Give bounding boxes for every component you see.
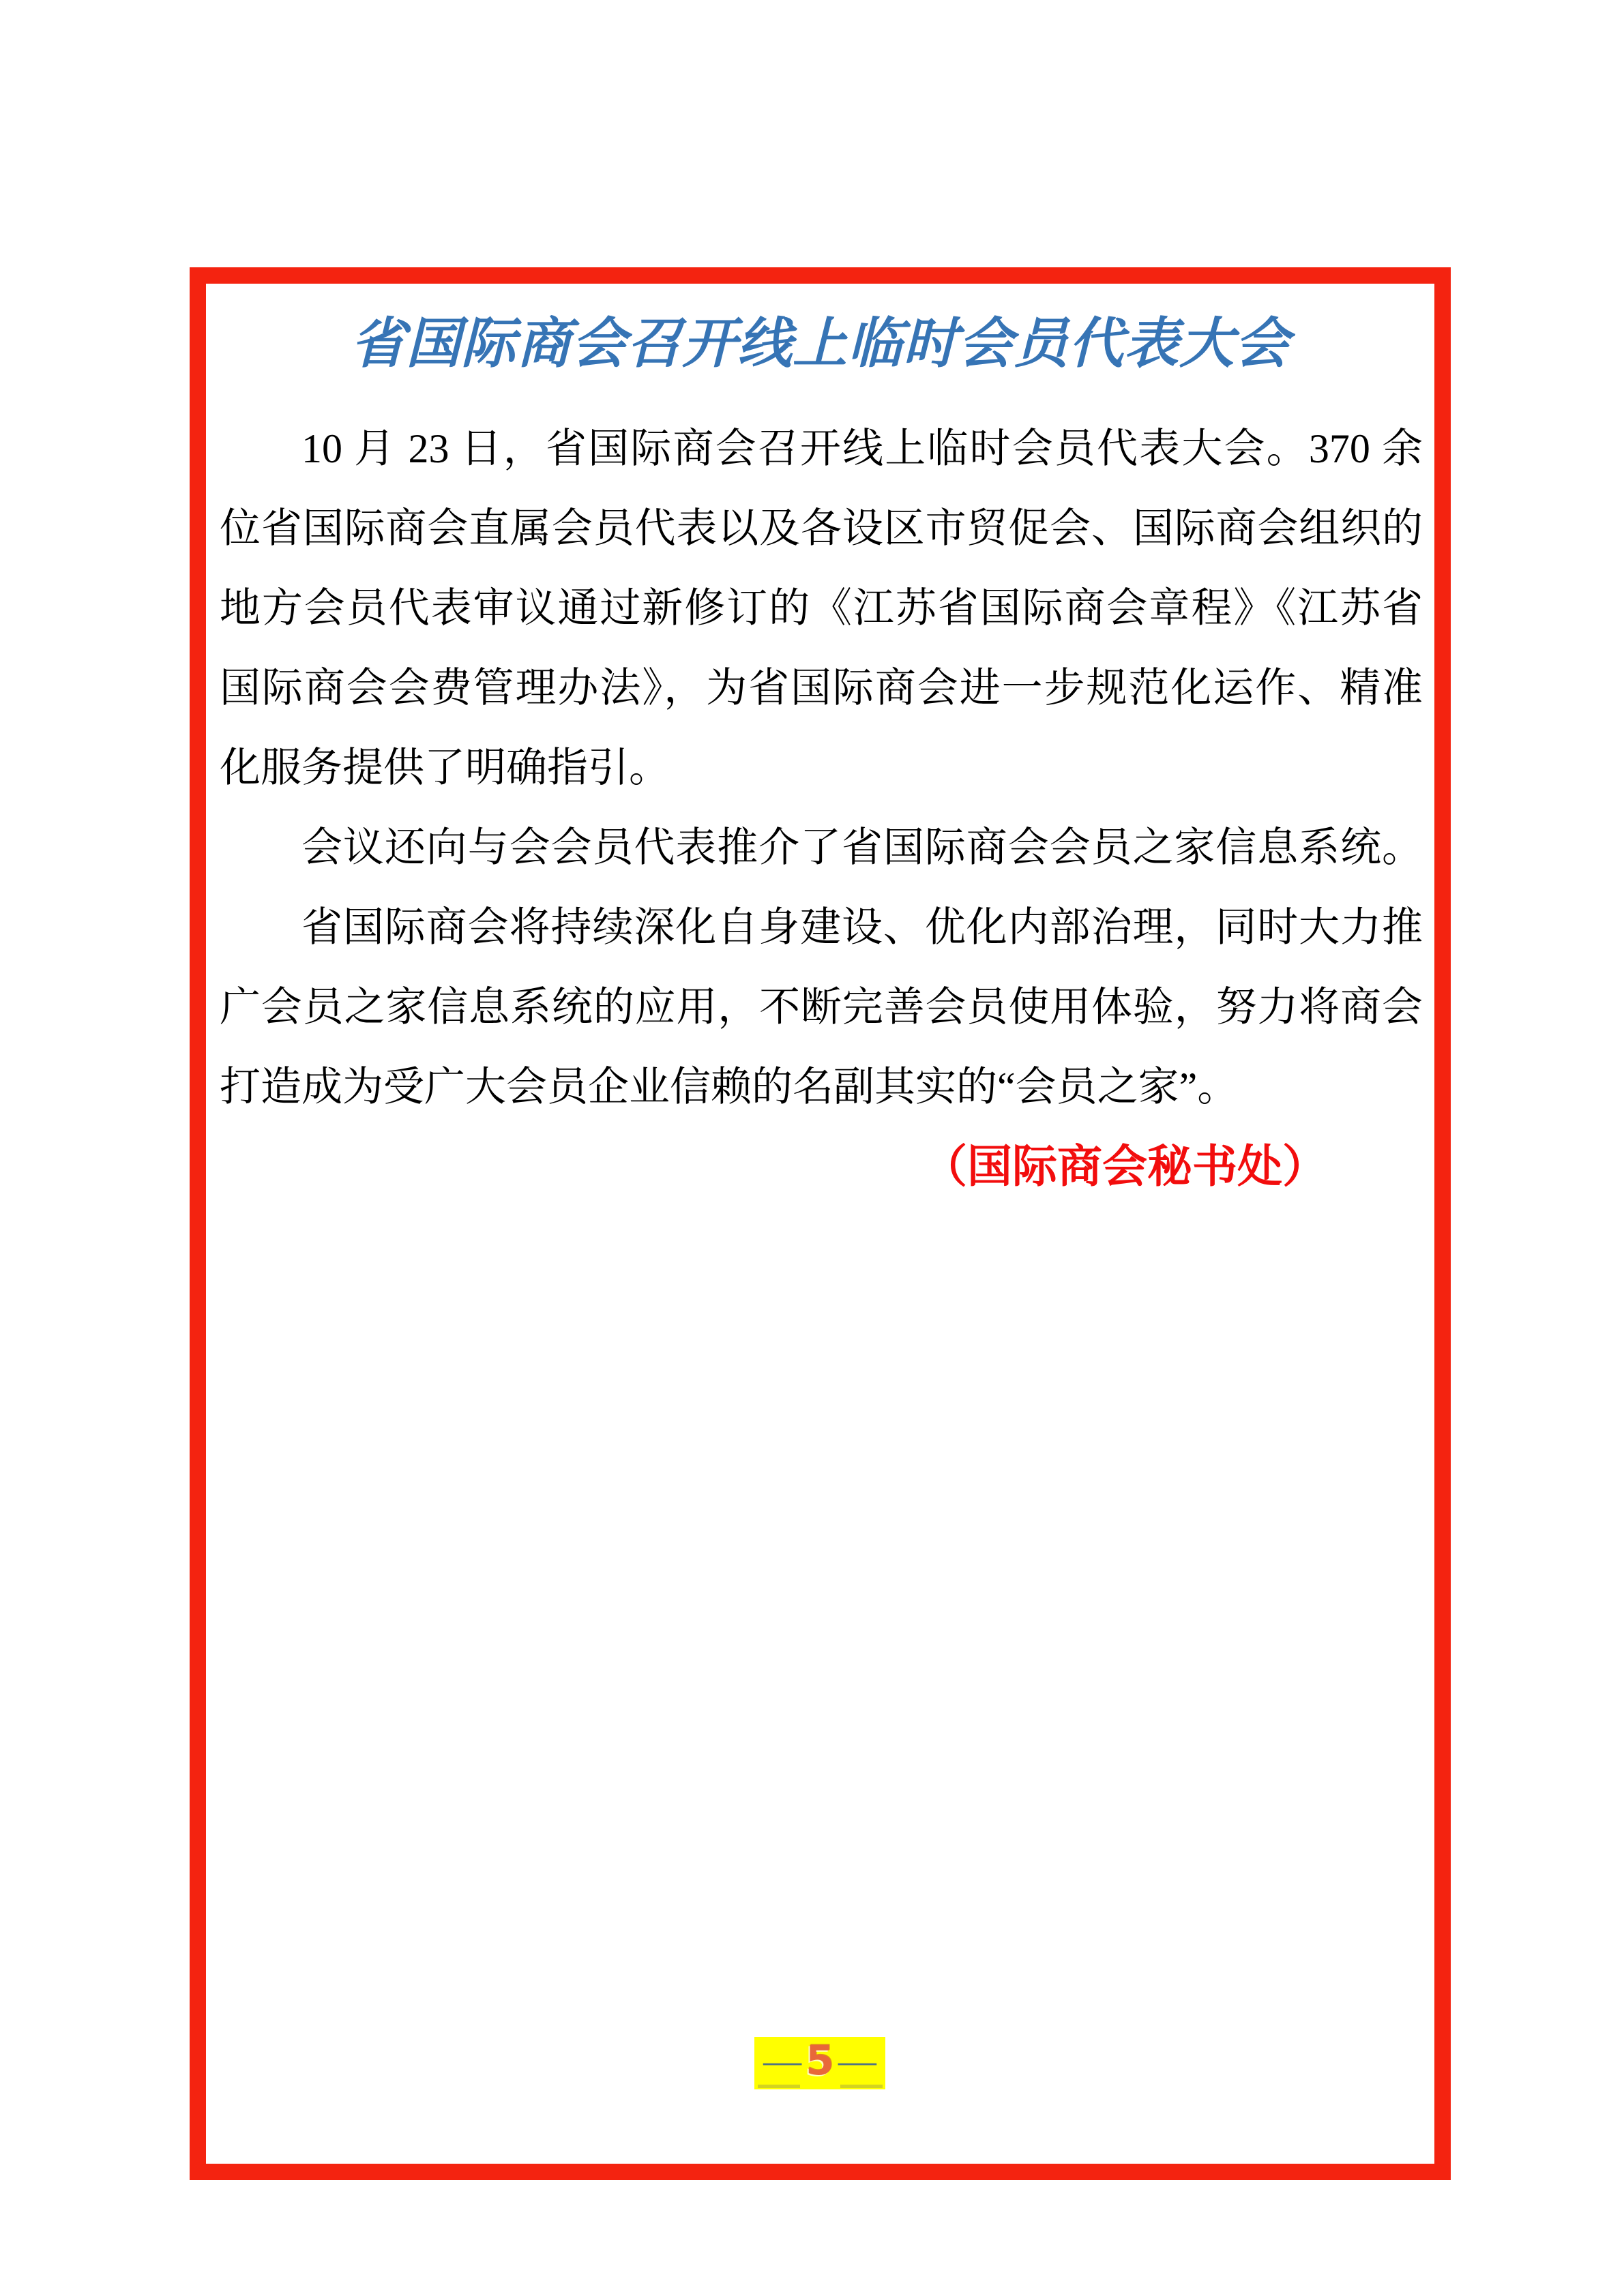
attribution-line: （国际商会秘书处） — [220, 1127, 1423, 1207]
body-line: 位省国际商会直属会员代表以及各设区市贸促会、国际商会组织的 — [220, 489, 1423, 569]
page-number-dash-left: — — [763, 2042, 801, 2080]
document-page: 省国际商会召开线上临时会员代表大会 10 月 23 日，省国际商会召开线上临时会… — [0, 0, 1624, 2296]
page-number-badge: — 5 — — [754, 2037, 885, 2089]
body-text: 10 月 23 日，省国际商会召开线上临时会员代表大会。370 余 位省国际商会… — [220, 409, 1423, 1127]
body-line: 国际商会会费管理办法》，为省国际商会进一步规范化运作、精准 — [220, 648, 1423, 728]
body-line: 广会员之家信息系统的应用，不断完善会员使用体验，努力将商会 — [220, 968, 1423, 1047]
page-number-dash-right: — — [838, 2042, 876, 2080]
highlight-artifact — [758, 2085, 800, 2088]
body-line: 化服务提供了明确指引。 — [220, 728, 1423, 808]
body-line: 会议还向与会会员代表推介了省国际商会会员之家信息系统。 — [220, 808, 1423, 888]
body-line: 打造成为受广大会员企业信赖的名副其实的“会员之家”。 — [220, 1047, 1423, 1127]
page-title: 省国际商会召开线上临时会员代表大会 — [206, 308, 1434, 381]
body-line: 10 月 23 日，省国际商会召开线上临时会员代表大会。370 余 — [220, 409, 1423, 489]
highlight-artifact — [840, 2085, 883, 2088]
page-number: 5 — [806, 2040, 834, 2081]
body-line: 地方会员代表审议通过新修订的《江苏省国际商会章程》《江苏省 — [220, 569, 1423, 648]
body-line: 省国际商会将持续深化自身建设、优化内部治理，同时大力推 — [220, 888, 1423, 968]
